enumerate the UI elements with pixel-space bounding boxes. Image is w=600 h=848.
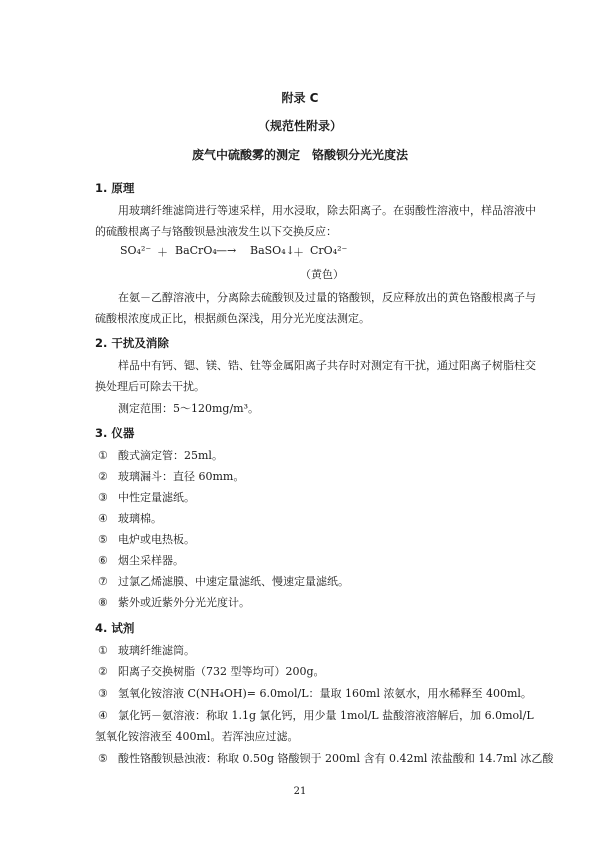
instrument-item: ①酸式滴定管：25ml。 [98,447,223,463]
section-1-heading: 1. 原理 [95,180,134,196]
section-1-para1-line2: 的硫酸根离子与铬酸钡悬浊液发生以下交换反应： [95,223,337,239]
eq-product-2: CrO₄²⁻ [310,244,347,257]
reagent-item: ③氢氧化铵溶液 C(NH₄OH)= 6.0mol/L：量取 160ml 浓氨水，… [98,685,532,701]
section-2-heading: 2. 干扰及消除 [95,335,169,351]
item-number: ② [98,665,118,678]
item-text: 玻璃纤维滤筒。 [118,644,195,657]
item-number: ② [98,470,118,483]
reagent-item: ②阳离子交换树脂（732 型等均可）200g。 [98,663,325,679]
item-number: ③ [98,491,118,504]
section-1-para1-line1: 用玻璃纤维滤筒进行等速采样，用水浸取，除去阳离子。在弱酸性溶液中，样品溶液中 [118,202,536,218]
item-number: ⑧ [98,596,118,609]
item-number: ④ [98,709,118,722]
item-number: ④ [98,512,118,525]
eq-note: （黄色） [300,266,344,282]
item-text: 烟尘采样器。 [118,554,184,567]
appendix-type: （规范性附录） [0,117,600,134]
section-3-heading: 3. 仪器 [95,425,134,441]
item-text: 电炉或电热板。 [118,533,195,546]
reagent-item: ①玻璃纤维滤筒。 [98,642,195,658]
section-2-para1-line1: 样品中有钙、锶、镁、锆、钍等金属阳离子共存时对测定有干扰，通过阳离子树脂柱交 [118,357,536,373]
instrument-item: ⑧紫外或近紫外分光光度计。 [98,594,250,610]
item-text: 酸性铬酸钡悬浊液：称取 0.50g 铬酸钡于 200ml 含有 0.42ml 浓… [118,752,553,765]
item-number: ① [98,644,118,657]
section-1-para2-line1: 在氨－乙醇溶液中，分离除去硫酸钡及过量的铬酸钡，反应释放出的黄色铬酸根离子与 [118,289,536,305]
eq-product-1: BaSO₄↓ [250,244,295,257]
item-number: ⑦ [98,575,118,588]
eq-reactant-2: BaCrO₄ [175,244,217,257]
reagent-item-continuation: 氢氧化铵溶液至 400ml。若浑浊应过滤。 [95,728,298,744]
section-2-para2: 测定范围：5～120mg/m³。 [118,400,259,416]
reagent-item: ④氯化钙－氨溶液：称取 1.1g 氯化钙，用少量 1mol/L 盐酸溶液溶解后，… [98,707,534,723]
section-4-heading: 4. 试剂 [95,620,134,636]
instrument-item: ②玻璃漏斗：直径 60mm。 [98,468,244,484]
instrument-item: ④玻璃棉。 [98,510,162,526]
eq-arrow: —→ [216,244,236,257]
reagent-item: ⑤酸性铬酸钡悬浊液：称取 0.50g 铬酸钡于 200ml 含有 0.42ml … [98,750,553,766]
instrument-item: ③中性定量滤纸。 [98,489,195,505]
item-number: ⑤ [98,752,118,765]
appendix-label: 附录 C [0,89,600,106]
item-number: ⑤ [98,533,118,546]
item-text: 玻璃棉。 [118,512,162,525]
item-text: 玻璃漏斗：直径 60mm。 [118,470,244,483]
item-text: 酸式滴定管：25ml。 [118,449,223,462]
section-1-para2-line2: 硫酸根浓度成正比，根据颜色深浅，用分光光度法测定。 [95,310,370,326]
eq-plus-1: ＋ [157,244,168,260]
item-text: 紫外或近紫外分光光度计。 [118,596,250,609]
page-number: 21 [0,786,600,797]
item-text: 过氯乙烯滤膜、中速定量滤纸、慢速定量滤纸。 [118,575,349,588]
item-text: 氯化钙－氨溶液：称取 1.1g 氯化钙，用少量 1mol/L 盐酸溶液溶解后，加… [118,709,534,722]
instrument-item: ⑥烟尘采样器。 [98,552,184,568]
instrument-item: ⑤电炉或电热板。 [98,531,195,547]
document-title: 废气中硫酸雾的测定 铬酸钡分光光度法 [0,146,600,163]
item-number: ① [98,449,118,462]
item-number: ③ [98,687,118,700]
item-number: ⑥ [98,554,118,567]
item-text: 中性定量滤纸。 [118,491,195,504]
section-2-para1-line2: 换处理后可除去干扰。 [95,378,205,394]
document-page: 附录 C （规范性附录） 废气中硫酸雾的测定 铬酸钡分光光度法 1. 原理 用玻… [0,0,600,848]
item-text: 阳离子交换树脂（732 型等均可）200g。 [118,665,325,678]
item-text: 氢氧化铵溶液 C(NH₄OH)= 6.0mol/L：量取 160ml 浓氨水，用… [118,687,532,700]
eq-plus-2: ＋ [293,244,304,260]
eq-reactant-1: SO₄²⁻ [120,244,151,257]
instrument-item: ⑦过氯乙烯滤膜、中速定量滤纸、慢速定量滤纸。 [98,573,349,589]
